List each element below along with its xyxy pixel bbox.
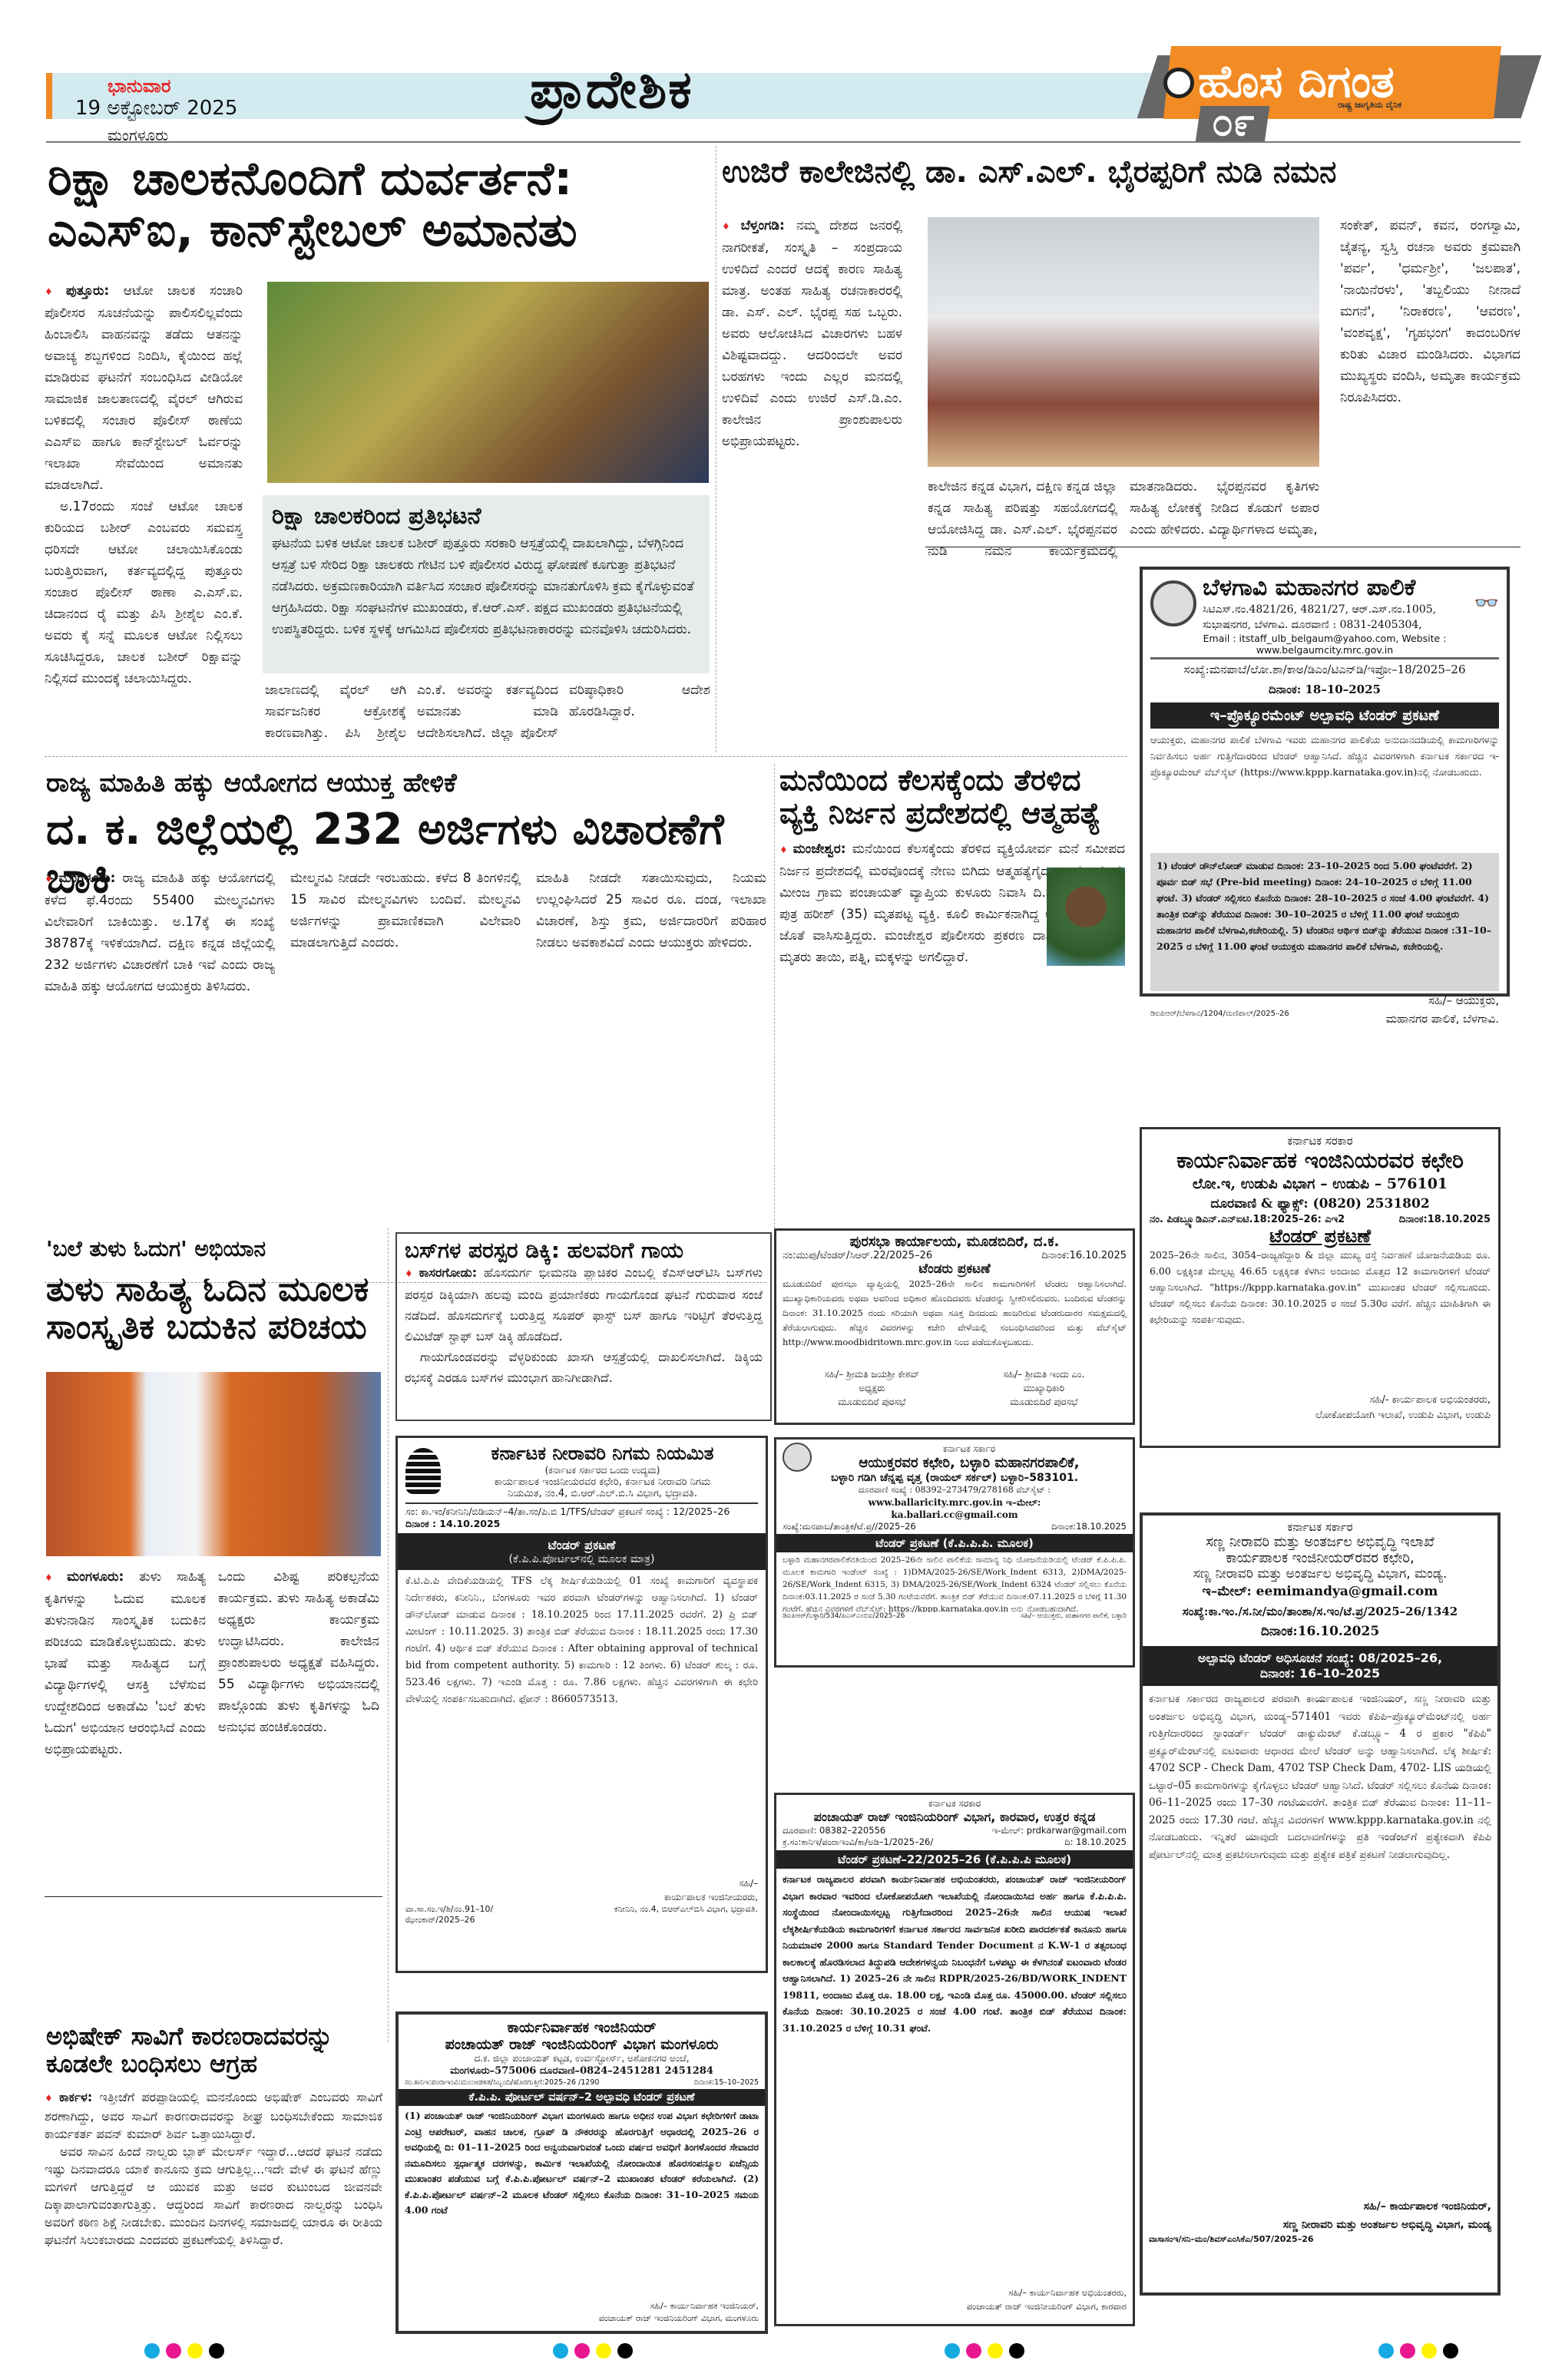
dateline: ಪುತ್ತೂರು: <box>45 283 109 299</box>
magenta-dot-icon <box>966 2343 981 2359</box>
knnl-wave-logo-icon <box>405 1448 441 1494</box>
article-body-col2: ಮೇಲ್ಮನವಿ ನೀಡದೇ ಇರಬಹುದು. ಕಳೆದ 8 ತಿಂಗಳಿನಲ್… <box>290 868 521 1274</box>
registration-marks <box>945 2343 1024 2359</box>
section-divider <box>45 756 1127 757</box>
headline: ಅಭಿಷೇಕ್ ಸಾವಿಗೆ ಕಾರಣರಾದವರನ್ನುಕೂಡಲೇ ಬಂಧಿಸಲ… <box>46 2023 384 2078</box>
ad-title-bar: ಇ–ಪ್ರೊಕ್ಯೂರಮೆಂಟ್ ಅಲ್ಪಾವಧಿ ಟೆಂಡರ್ ಪ್ರಕಟಣೆ <box>1150 702 1499 729</box>
registration-marks <box>144 2343 224 2359</box>
headline: ಬಸ್‌ಗಳ ಪರಸ್ಪರ ಡಿಕ್ಕಿ: ಹಲವರಿಗೆ ಗಾಯ <box>405 1238 763 1262</box>
black-dot-icon <box>1009 2343 1024 2359</box>
headline: ರಿಕ್ಷಾ ಚಾಲಕನೊಂದಿಗೆ ದುರ್ವರ್ತನೆ:ಎಎಸ್‌ಐ, ಕಾ… <box>48 154 708 256</box>
column-divider <box>388 1228 389 2042</box>
masthead-day: ಭಾನುವಾರ <box>108 75 170 97</box>
article-body-continued: ಜಾಲಾಣದಲ್ಲಿ ವೈರಲ್ ಆಗಿ ಸಾರ್ವಜನಿಕರ ಆಕ್ರೋಶಕ್… <box>265 679 710 749</box>
ad-belagavi-tender: ಬೆಳಗಾವಿ ಮಹಾನಗರ ಪಾಲಿಕೆ ಸಿಟಿಎಸ್.ನಂ.4821/26… <box>1140 567 1510 997</box>
magenta-dot-icon <box>166 2343 181 2359</box>
article-box: ಬಸ್‌ಗಳ ಪರಸ್ಪರ ಡಿಕ್ಕಿ: ಹಲವರಿಗೆ ಗಾಯ ಕಾಸರಗೋ… <box>395 1232 772 1421</box>
article-body: ಕಾಸರಗೋಡು: ಹೊಸದುರ್ಗ ಭೀಮನಡಿ ಪ್ಲಾಚಿಕರ ಎಂಬಲ್… <box>405 1262 763 1416</box>
article-body-col1: ಬೆಳ್ತಂಗಡಿ: ನಮ್ಮ ದೇಶದ ಜನರಲ್ಲಿ ನಾಗರೀಕತೆ, ಸ… <box>722 215 902 476</box>
masthead-rule <box>46 141 1520 143</box>
masthead-date: 19 ಅಕ್ಟೋಬರ್ 2025 <box>75 97 237 121</box>
ad-moodbidri-tender: ಪುರಸಭಾ ಕಾರ್ಯಾಲಯ, ಮೂಡಬಿದಿರೆ, ದ.ಕ. ನಂ:ಮುಪು… <box>774 1228 1135 1425</box>
article-body-col3: ಮಾಹಿತಿ ನೀಡದೇ ಸತಾಯಿಸುವುದು, ನಿಯಮ ಉಲ್ಲಂಘಿಸಿ… <box>536 868 766 1274</box>
swachh-bharat-glasses-icon: 👓 <box>1474 592 1499 615</box>
ad-mandya-tender: ಕರ್ನಾಟಕ ಸರ್ಕಾರ ಸಣ್ಣ ನೀರಾವರಿ ಮತ್ತು ಅಂತರ್ಜ… <box>1140 1512 1501 2296</box>
section-title: ಪ್ರಾದೇಶಿಕ <box>530 60 693 121</box>
event-photo <box>928 217 1319 467</box>
yellow-dot-icon <box>1421 2343 1437 2359</box>
article-body-col3: ಸಂಕೇತ್, ಪವನ್, ಕವನ, ರಂಗಸ್ವಾಮಿ, ಚೈತನ್ಯ, ಸ್… <box>1340 215 1520 522</box>
yellow-dot-icon <box>187 2343 203 2359</box>
deceased-photo <box>1047 868 1125 966</box>
ad-title-bar: ಅಲ್ಪಾವಧಿ ಟೆಂಡರ್ ಅಧಿಸೂಚನೆ ಸಂಖ್ಯೆ: 08/2025… <box>1143 1646 1497 1686</box>
headline: ಉಜಿರೆ ಕಾಲೇಜಿನಲ್ಲಿ ಡಾ. ಎಸ್.ಎಲ್. ಭೈರಪ್ಪರಿಗ… <box>722 155 1520 190</box>
newspaper-tagline: ರಾಷ್ಟ್ರ ಜಾಗೃತಿಯ ದೈನಿಕ <box>1338 100 1401 111</box>
ad-contact: Email : itstaff_ulb_belgaum@yahoo.com, W… <box>1150 633 1499 659</box>
ad-knnl-tender: ಕರ್ನಾಟಕ ನೀರಾವರಿ ನಿಗಮ ನಿಯಮಿತ (ಕರ್ನಾಟಕ ಸರ್… <box>395 1436 768 1973</box>
caption-title: ರಿಕ್ಷಾ ಚಾಲಕರಿಂದ ಪ್ರತಿಭಟನೆ <box>272 503 700 530</box>
protest-photo <box>267 282 709 483</box>
yellow-dot-icon <box>988 2343 1003 2359</box>
page-number: ೦೯ <box>1212 100 1255 145</box>
ad-mangaluru-pr-tender: ಕಾರ್ಯನಿರ್ವಾಹಕ ಇಂಜಿನಿಯರ್ ಪಂಚಾಯತ್ ರಾಜ್ ಇಂಜ… <box>395 2011 768 2334</box>
cyan-dot-icon <box>144 2343 160 2359</box>
registration-marks <box>1378 2343 1458 2359</box>
column-divider <box>774 764 775 1278</box>
cyan-dot-icon <box>553 2343 568 2359</box>
ad-schedule: 1) ಟೆಂಡರ್ ಡೌನ್‌ಲೋಡ್ ಮಾಡುವ ದಿನಾಂಕ: 23–10–… <box>1150 853 1499 991</box>
ad-udupi-pwd-tender: ಕರ್ನಾಟಕ ಸರಕಾರ ಕಾರ್ಯನಿರ್ವಾಹಕ ಇಂಜಿನಿಯರವರ ಕ… <box>1140 1127 1501 1448</box>
article-body-col1: ಮಂಗಳೂರು: ತುಳು ಸಾಹಿತ್ಯ ಕೃತಿಗಳನ್ನು ಓದುವ ಮೂ… <box>45 1566 206 1889</box>
column-divider <box>716 146 716 752</box>
section-divider <box>45 1896 382 1897</box>
article-body-col1: ಮಂಗಳೂರು: ರಾಜ್ಯ ಮಾಹಿತಿ ಹಕ್ಕು ಆಯೋಗದಲ್ಲಿ ಕಳ… <box>45 868 275 1274</box>
cyan-dot-icon <box>1378 2343 1394 2359</box>
photo-caption-box: ರಿಕ್ಷಾ ಚಾಲಕರಿಂದ ಪ್ರತಿಭಟನೆ ಘಟನೆಯ ಬಳಿಕ ಆಟೋ… <box>263 495 710 673</box>
logo-emblem-icon <box>1163 68 1194 98</box>
article-body: ಪುತ್ತೂರು: ಆಟೋ ಚಾಲಕ ಸಂಚಾರಿ ಪೊಲೀಸರ ಸೂಚನೆಯನ… <box>45 280 243 749</box>
ad-karwar-tender: ಕರ್ನಾಟಕ ಸರಕಾರ ಪಂಚಾಯತ್ ರಾಜ್ ಇಂಜಿನಿಯರಿಂಗ್ … <box>774 1793 1135 2326</box>
headline: ತುಳು ಸಾಹಿತ್ಯ ಓದಿನ ಮೂಲಕಸಾಂಸ್ಕೃತಿಕ ಬದುಕಿನ … <box>46 1271 384 1347</box>
article-body: ಮಂಜೇಶ್ವರ: ಮನೆಯಿಂದ ಕೆಲಸಕ್ಕೆಂದು ತೆರಳಿದ ವ್ಯ… <box>779 838 1125 1207</box>
caption-text: ಘಟನೆಯ ಬಳಿಕ ಆಟೋ ಚಾಲಕ ಬಶೀರ್ ಪುತ್ತೂರು ಸರಕಾರ… <box>272 533 700 640</box>
black-dot-icon <box>1443 2343 1458 2359</box>
cyan-dot-icon <box>945 2343 960 2359</box>
article-body-col2: ಒಂದು ವಿಶಿಷ್ಟ ಪರಿಕಲ್ಪನೆಯ ಕಾರ್ಯಕ್ರಮ. ತುಳು … <box>218 1566 379 1889</box>
kicker: 'ಬಲೆ ತುಳು ಓದುಗ' ಅಭಿಯಾನ <box>46 1236 266 1262</box>
kicker: ರಾಜ್ಯ ಮಾಹಿತಿ ಹಕ್ಕು ಆಯೋಗದ ಆಯುಕ್ತ ಹೇಳಿಕೆ <box>46 768 457 798</box>
headline: ಮನೆಯಿಂದ ಕೆಲಸಕ್ಕೆಂದು ತೆರಳಿದವ್ಯಕ್ತಿ ನಿರ್ಜನ… <box>779 764 1125 829</box>
event-photo <box>46 1372 381 1556</box>
registration-marks <box>553 2343 633 2359</box>
magenta-dot-icon <box>574 2343 590 2359</box>
black-dot-icon <box>617 2343 633 2359</box>
karnataka-emblem-icon <box>1150 580 1196 626</box>
masthead-accent-bar <box>46 73 52 119</box>
black-dot-icon <box>209 2343 224 2359</box>
article-body: ಕಾರ್ಕಳ: ಇತ್ತೀಚೆಗೆ ಪರಪ್ಪಾಡಿಯಲ್ಲಿ ಮನನೊಂದು … <box>45 2088 382 2334</box>
yellow-dot-icon <box>596 2343 611 2359</box>
ballari-emblem-icon <box>783 1443 812 1472</box>
magenta-dot-icon <box>1400 2343 1415 2359</box>
article-end-rule <box>925 547 1520 547</box>
ad-ballari-tender: ಕರ್ನಾಟಕ ಸರ್ಕಾರ ಆಯುಕ್ತರವರ ಕಛೇರಿ, ಬಳ್ಳಾರಿ … <box>774 1437 1135 1668</box>
